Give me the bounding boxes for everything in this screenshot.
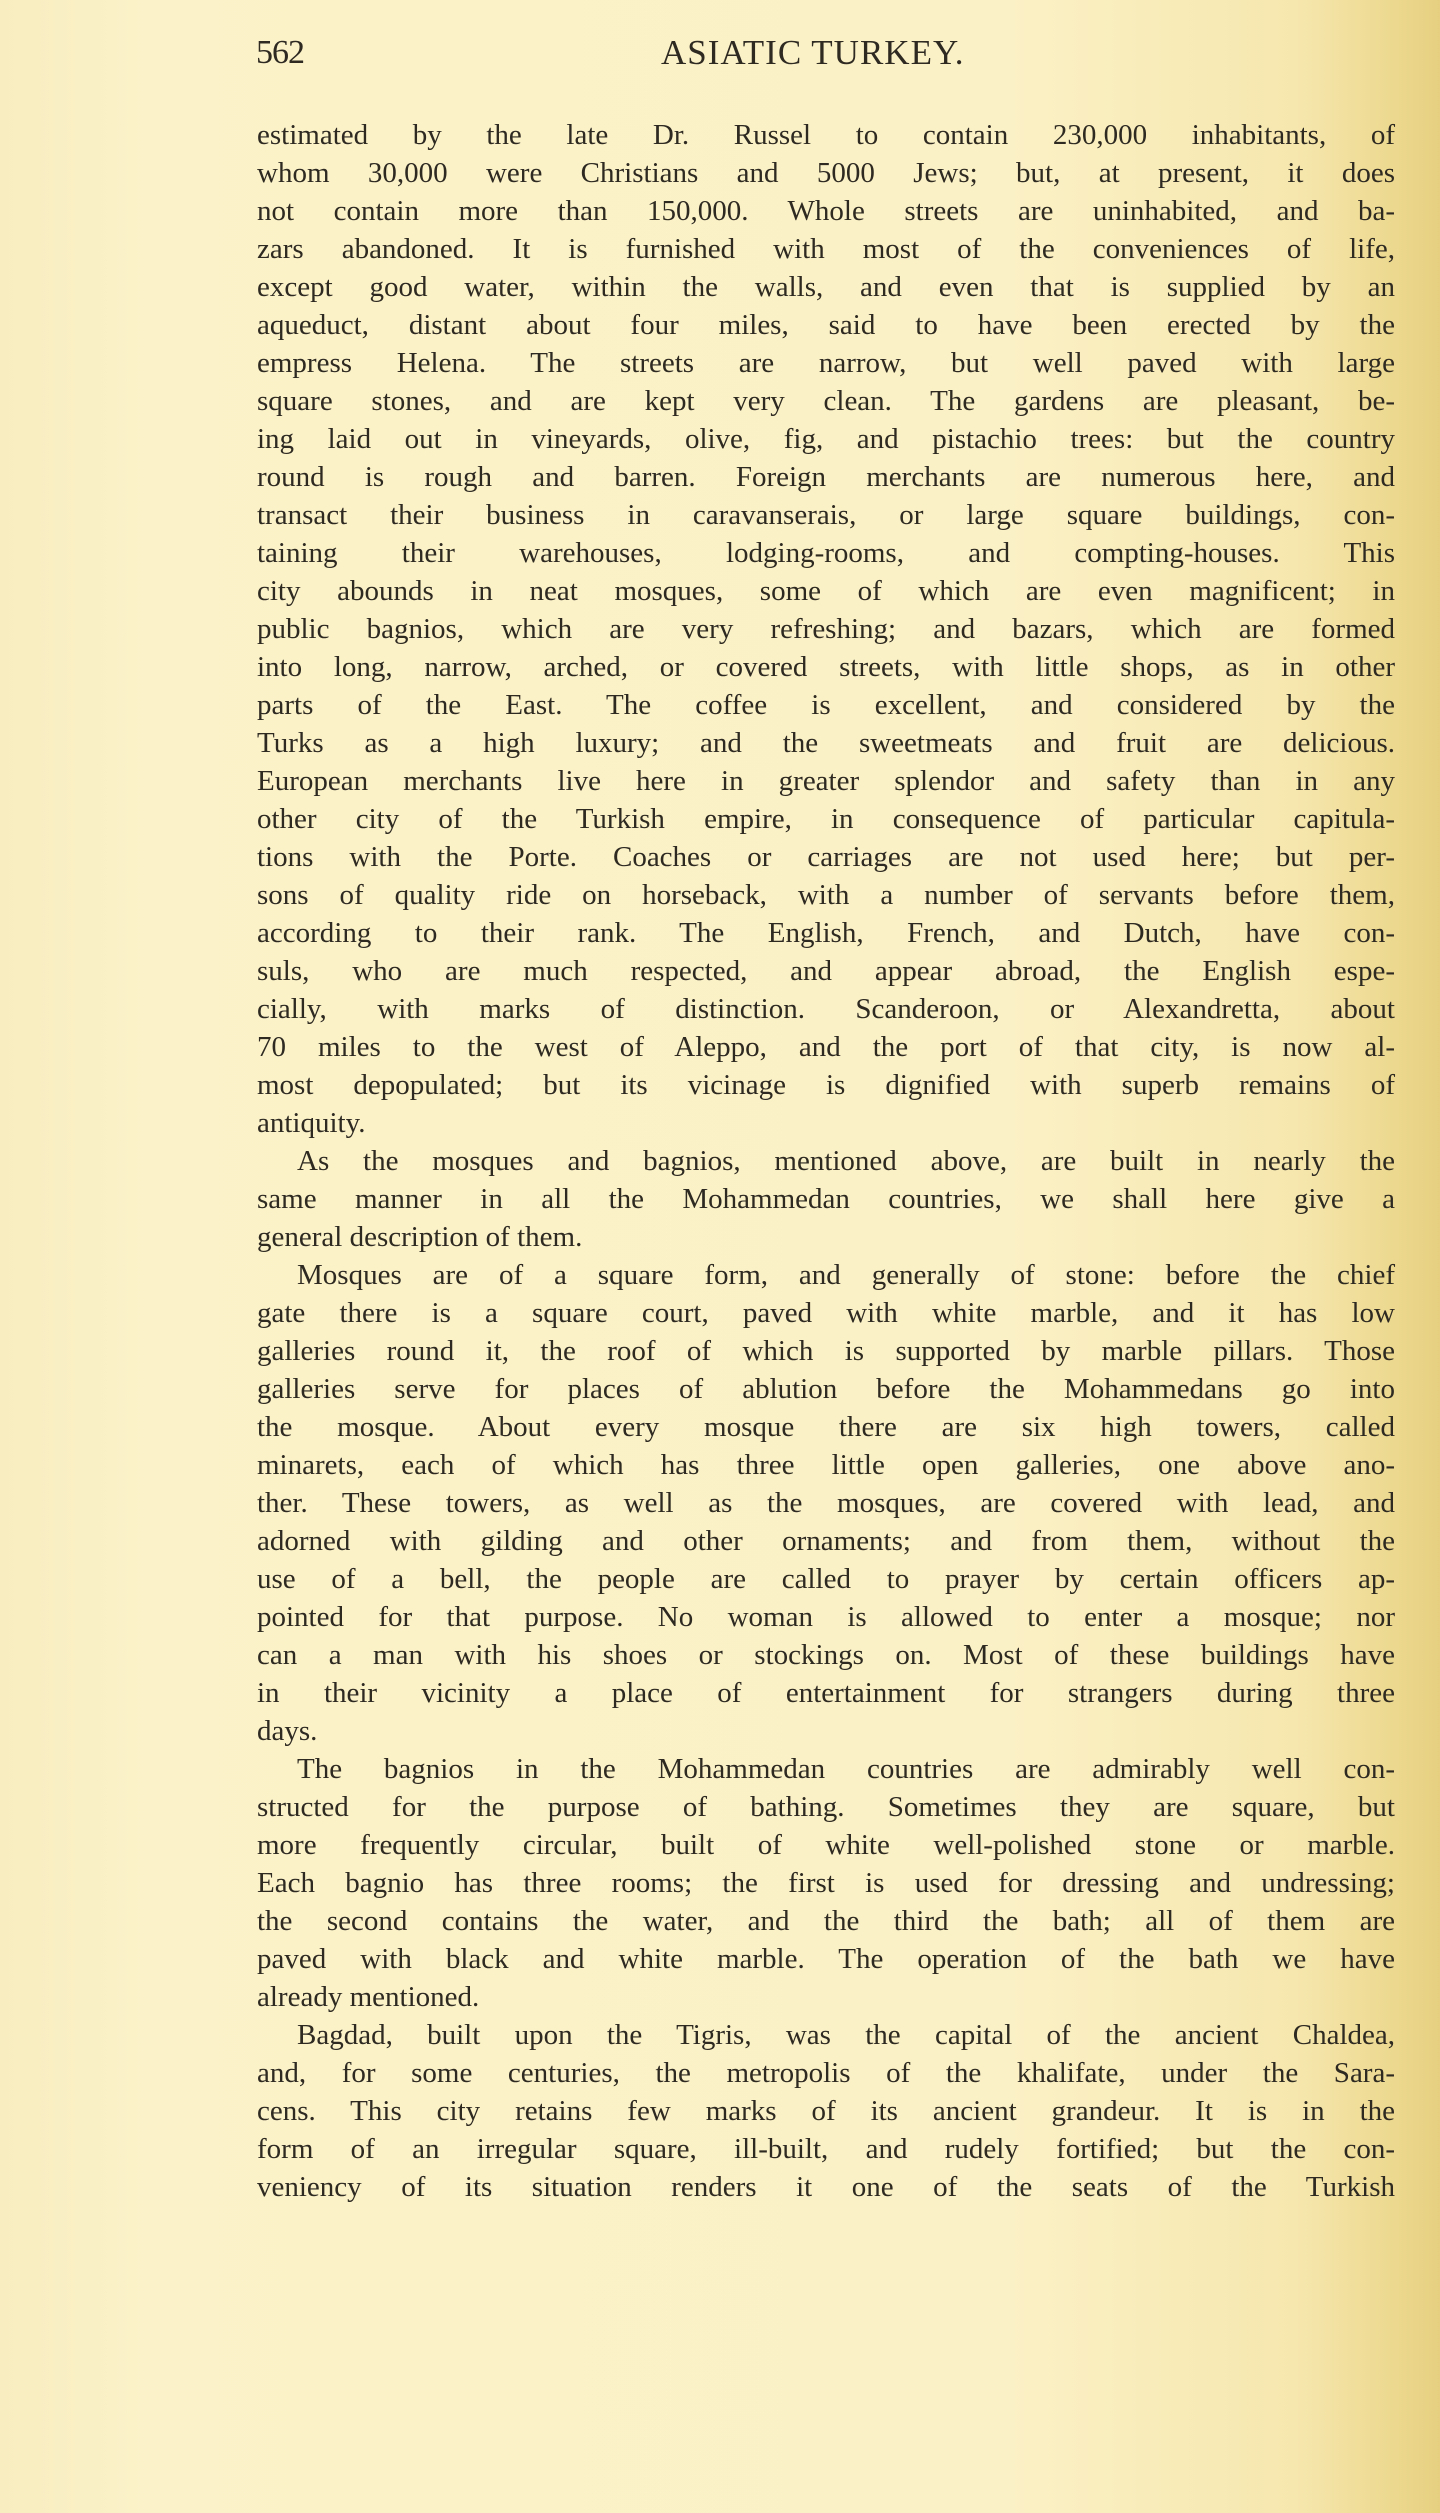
text-line: not contain more than 150,000. Whole str… (257, 192, 1395, 230)
paragraph: Mosques are of a square form, and genera… (257, 1256, 1395, 1750)
paragraph: As the mosques and bagnios, mentioned ab… (257, 1142, 1395, 1256)
text-line: galleries serve for places of ablution b… (257, 1370, 1395, 1408)
text-line: same manner in all the Mohammedan countr… (257, 1180, 1395, 1218)
paragraph: estimated by the late Dr. Russel to cont… (257, 116, 1395, 1142)
running-head: 562 ASIATIC TURKEY. (256, 28, 1396, 78)
text-line: ing laid out in vineyards, olive, fig, a… (257, 420, 1395, 458)
text-line: paved with black and white marble. The o… (257, 1940, 1395, 1978)
text-line: cially, with marks of distinction. Scand… (257, 990, 1395, 1028)
text-line: cens. This city retains few marks of its… (257, 2092, 1395, 2130)
text-line: ther. These towers, as well as the mosqu… (257, 1484, 1395, 1522)
text-line: form of an irregular square, ill-built, … (257, 2130, 1395, 2168)
text-line: structed for the purpose of bathing. Som… (257, 1788, 1395, 1826)
text-line: more frequently circular, built of white… (257, 1826, 1395, 1864)
text-line: antiquity. (257, 1104, 1395, 1142)
text-line: tions with the Porte. Coaches or carriag… (257, 838, 1395, 876)
text-line: and, for some centuries, the metropolis … (257, 2054, 1395, 2092)
text-line: general description of them. (257, 1218, 1395, 1256)
text-line: parts of the East. The coffee is excelle… (257, 686, 1395, 724)
body-text: estimated by the late Dr. Russel to cont… (257, 116, 1395, 2206)
text-line: other city of the Turkish empire, in con… (257, 800, 1395, 838)
book-page: 562 ASIATIC TURKEY. estimated by the lat… (0, 0, 1440, 2513)
text-line: European merchants live here in greater … (257, 762, 1395, 800)
text-line: taining their warehouses, lodging-rooms,… (257, 534, 1395, 572)
text-line: Turks as a high luxury; and the sweetmea… (257, 724, 1395, 762)
text-line: pointed for that purpose. No woman is al… (257, 1598, 1395, 1636)
text-line: round is rough and barren. Foreign merch… (257, 458, 1395, 496)
text-line: suls, who are much respected, and appear… (257, 952, 1395, 990)
page-number: 562 (256, 28, 304, 78)
text-line: square stones, and are kept very clean. … (257, 382, 1395, 420)
text-line: can a man with his shoes or stockings on… (257, 1636, 1395, 1674)
text-line: gate there is a square court, paved with… (257, 1294, 1395, 1332)
text-line: days. (257, 1712, 1395, 1750)
text-line: public bagnios, which are very refreshin… (257, 610, 1395, 648)
text-line: already mentioned. (257, 1978, 1395, 2016)
text-line: As the mosques and bagnios, mentioned ab… (257, 1142, 1395, 1180)
text-line: in their vicinity a place of entertainme… (257, 1674, 1395, 1712)
text-line: sons of quality ride on horseback, with … (257, 876, 1395, 914)
text-line: Each bagnio has three rooms; the first i… (257, 1864, 1395, 1902)
running-head-title: ASIATIC TURKEY. (661, 28, 964, 78)
text-line: zars abandoned. It is furnished with mos… (257, 230, 1395, 268)
text-line: according to their rank. The English, Fr… (257, 914, 1395, 952)
text-line: galleries round it, the roof of which is… (257, 1332, 1395, 1370)
text-line: adorned with gilding and other ornaments… (257, 1522, 1395, 1560)
text-line: minarets, each of which has three little… (257, 1446, 1395, 1484)
text-line: transact their business in caravanserais… (257, 496, 1395, 534)
text-line: the mosque. About every mosque there are… (257, 1408, 1395, 1446)
text-line: into long, narrow, arched, or covered st… (257, 648, 1395, 686)
text-line: except good water, within the walls, and… (257, 268, 1395, 306)
paragraph: The bagnios in the Mohammedan countries … (257, 1750, 1395, 2016)
text-line: use of a bell, the people are called to … (257, 1560, 1395, 1598)
text-line: 70 miles to the west of Aleppo, and the … (257, 1028, 1395, 1066)
text-line: The bagnios in the Mohammedan countries … (257, 1750, 1395, 1788)
text-line: most depopulated; but its vicinage is di… (257, 1066, 1395, 1104)
paragraph: Bagdad, built upon the Tigris, was the c… (257, 2016, 1395, 2206)
text-line: empress Helena. The streets are narrow, … (257, 344, 1395, 382)
text-line: estimated by the late Dr. Russel to cont… (257, 116, 1395, 154)
text-line: Bagdad, built upon the Tigris, was the c… (257, 2016, 1395, 2054)
text-line: city abounds in neat mosques, some of wh… (257, 572, 1395, 610)
text-line: the second contains the water, and the t… (257, 1902, 1395, 1940)
text-line: whom 30,000 were Christians and 5000 Jew… (257, 154, 1395, 192)
text-line: aqueduct, distant about four miles, said… (257, 306, 1395, 344)
text-line: veniency of its situation renders it one… (257, 2168, 1395, 2206)
text-line: Mosques are of a square form, and genera… (257, 1256, 1395, 1294)
